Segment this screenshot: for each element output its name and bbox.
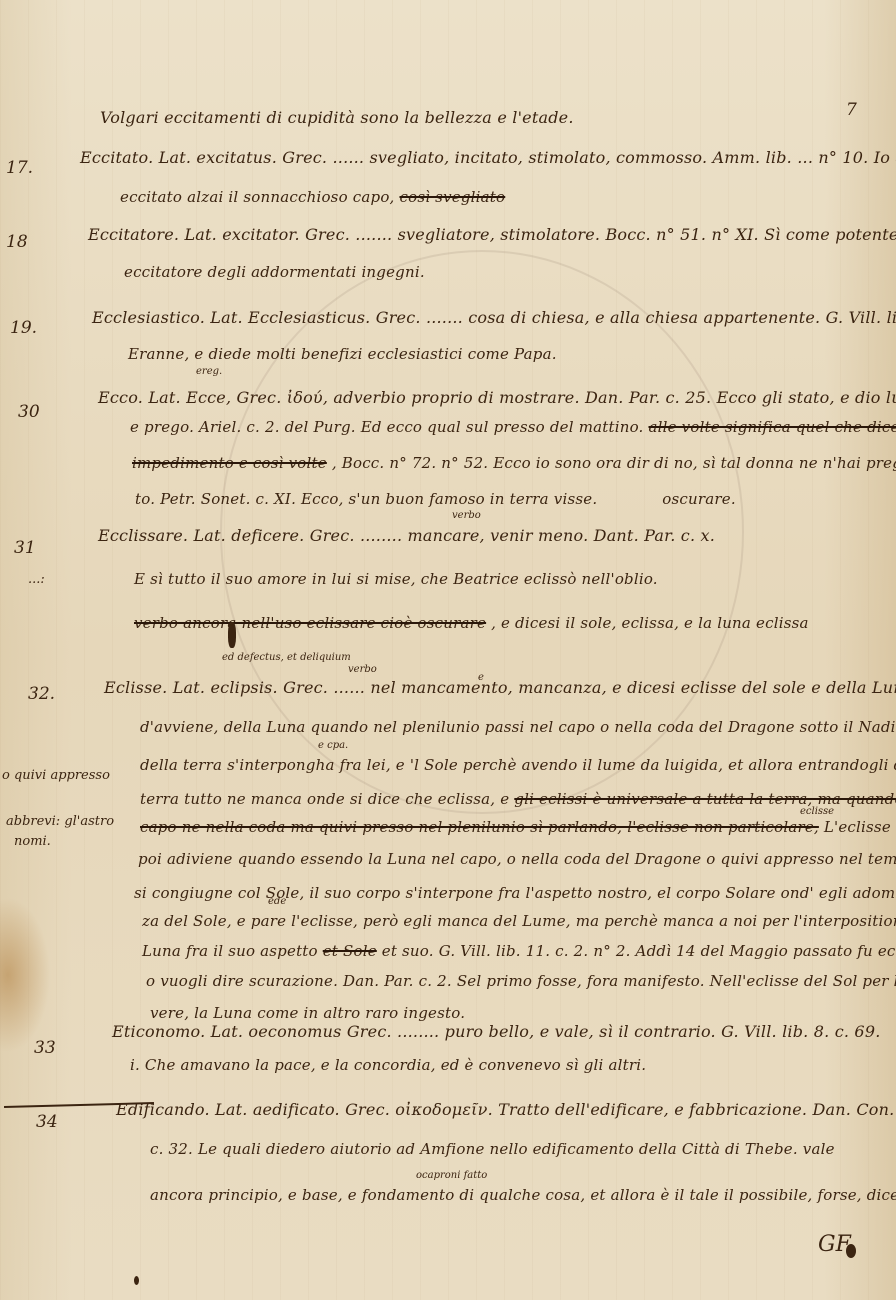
entry-19-headword-line: Ecclesiastico. Lat. Ecclesiasticus. Grec… xyxy=(92,308,896,327)
interlinear-note: ed defectus, et deliquium xyxy=(222,652,351,663)
interlinear-note: verbo xyxy=(348,664,377,675)
interlinear-note: eclisse xyxy=(800,806,834,817)
struck-text: capo ne nella coda ma quivi presso nel p… xyxy=(140,818,819,836)
entry-30-text: e prego. Ariel. c. 2. del Purg. Ed ecco … xyxy=(130,418,644,436)
entry-number-34: 34 xyxy=(36,1112,58,1132)
entry-32-line-7: si congiugne col Sole, il suo corpo s'in… xyxy=(134,884,896,902)
entry-32-text: L'eclisse del Sole xyxy=(824,818,896,836)
entry-31-text: , e dicesi il sole, eclissa, e la luna e… xyxy=(491,614,809,632)
ink-blot xyxy=(228,622,236,648)
interlinear-note: ede xyxy=(268,896,286,907)
entry-32-line-9: Luna fra il suo aspetto et Sole et suo. … xyxy=(142,942,896,960)
manuscript-page: 7 Volgari eccitamenti di cupidità sono l… xyxy=(0,0,896,1300)
entry-31-quote: E sì tutto il suo amore in lui si mise, … xyxy=(134,570,658,588)
entry-30-line-2: e prego. Ariel. c. 2. del Purg. Ed ecco … xyxy=(130,418,896,436)
intro-line: Volgari eccitamenti di cupidità sono la … xyxy=(100,108,574,127)
entry-17-headword-line: Eccitato. Lat. excitatus. Grec. ...... s… xyxy=(80,148,896,167)
entry-32-line-10: o vuogli dire scurazione. Dan. Par. c. 2… xyxy=(146,972,896,990)
struck-text: impedimento e così volte xyxy=(132,454,327,472)
entry-18-line-2: eccitatore degli addormentati ingegni. xyxy=(124,263,425,281)
entry-32-line-8: za del Sole, e pare l'eclisse, però egli… xyxy=(142,912,896,930)
interlinear-note: e cpa. xyxy=(318,740,348,751)
margin-note-appresso: o quivi appresso xyxy=(2,768,110,783)
entry-32-line-5: capo ne nella coda ma quivi presso nel p… xyxy=(140,818,896,836)
entry-number-17: 17. xyxy=(6,158,33,178)
struck-text: così svegliato xyxy=(399,188,505,206)
struck-text: et Sole xyxy=(323,942,377,960)
margin-note-abbreviation: abbrevi: gl'astro xyxy=(6,814,114,829)
entry-17-line-2: eccitato alzai il sonnacchioso capo, cos… xyxy=(120,188,505,206)
entry-30-headword-line: Ecco. Lat. Ecce, Grec. ἰδού, adverbio pr… xyxy=(98,388,896,407)
entry-34-line-3: ancora principio, e base, e fondamento d… xyxy=(150,1186,896,1204)
entry-number-18: 18 xyxy=(6,232,28,252)
struck-text: alle volte significa quel che dice xyxy=(649,418,896,436)
struck-text: gli eclissi è universale a tutta la terr… xyxy=(514,790,896,808)
margin-note-abbreviation-2: nomi. xyxy=(14,834,51,849)
entry-30-line-3: impedimento e così volte , Bocc. n° 72. … xyxy=(132,454,896,472)
interlinear-note: ocaproni fatto xyxy=(416,1170,487,1181)
entry-30-text: to. Petr. Sonet. c. XI. Ecco, s'un buon … xyxy=(135,490,597,508)
entry-number-30: 30 xyxy=(18,402,40,422)
page-mark: 7 xyxy=(846,100,857,120)
entry-32-text: Luna fra il suo aspetto xyxy=(142,942,318,960)
margin-mark: ...: xyxy=(28,572,45,587)
interlinear-note: verbo xyxy=(452,510,481,521)
entry-30-line-4: to. Petr. Sonet. c. XI. Ecco, s'un buon … xyxy=(135,490,736,508)
entry-30-text: , Bocc. n° 72. n° 52. Ecco io sono ora d… xyxy=(332,454,896,472)
entry-33-line-2: i. Che amavano la pace, e la concordia, … xyxy=(130,1056,646,1074)
entry-33-headword-line: Eticonomo. Lat. oeconomus Grec. ........… xyxy=(112,1022,880,1041)
entry-34-line-2: c. 32. Le quali diedero aiutorio ad Amfi… xyxy=(150,1140,835,1158)
entry-number-32: 32. xyxy=(28,684,55,704)
entry-number-19: 19. xyxy=(10,318,37,338)
entry-32-line-4: terra tutto ne manca onde si dice che ec… xyxy=(140,790,896,808)
entry-19-line-2: Eranne, e diede molti benefizi ecclesias… xyxy=(128,345,557,363)
entry-30-tail: oscurare. xyxy=(662,490,736,508)
entry-31-headword-line: Ecclissare. Lat. deficere. Grec. .......… xyxy=(98,526,715,545)
ink-blot xyxy=(846,1244,856,1258)
entry-32-headword-line: Eclisse. Lat. eclipsis. Grec. ...... nel… xyxy=(104,678,896,697)
entry-32-line-2: d'avviene, della Luna quando nel plenilu… xyxy=(140,718,896,736)
interlinear-note: ereg. xyxy=(196,366,222,377)
entry-18-headword-line: Eccitatore. Lat. excitator. Grec. ......… xyxy=(88,225,896,244)
entry-32-line-6: poi adiviene quando essendo la Luna nel … xyxy=(138,850,896,868)
entry-number-31: 31 xyxy=(14,538,36,558)
entry-32-line-11: vere, la Luna come in altro raro ingesto… xyxy=(150,1004,465,1022)
entry-17-text: eccitato alzai il sonnacchioso capo, xyxy=(120,188,395,206)
entry-32-text: terra tutto ne manca onde si dice che ec… xyxy=(140,790,509,808)
entry-number-33: 33 xyxy=(34,1038,56,1058)
struck-text: verbo ancora nell'uso eclissare cioè osc… xyxy=(134,614,486,632)
entry-32-line-3: della terra s'interpongha fra lei, e 'l … xyxy=(140,756,896,774)
entry-34-headword-line: Edificando. Lat. aedificato. Grec. οἰκοδ… xyxy=(116,1100,894,1119)
ink-blot xyxy=(134,1276,139,1285)
entry-32-text: et suo. G. Vill. lib. 11. c. 2. n° 2. Ad… xyxy=(382,942,896,960)
